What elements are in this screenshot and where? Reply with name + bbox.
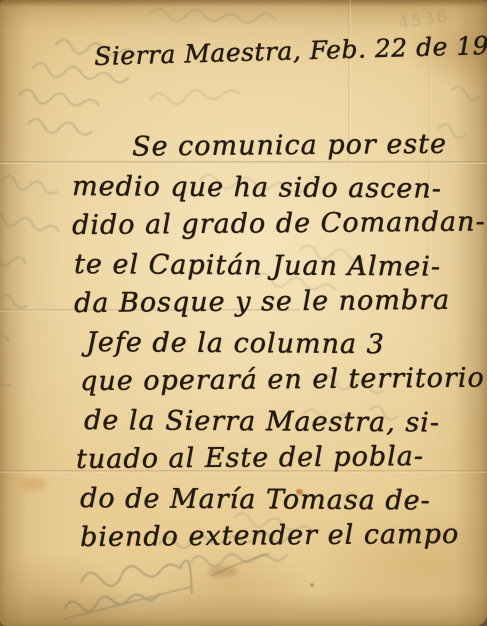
letter-line: tuado al Este del pobla- (76, 437, 475, 479)
smudge-stain (208, 566, 238, 577)
letter-line: biendo extender el campo (80, 515, 475, 557)
dateline: Sierra Maestra, Feb. 22 de 1958 (94, 30, 487, 71)
letter-body: Se comunica por este medio que ha sido a… (70, 128, 475, 557)
letter-line: Se comunica por este (70, 124, 475, 167)
pencil-mark: 4538 (397, 7, 451, 34)
letter-line: da Bosque y se le nombra (74, 281, 475, 323)
letter-scan: 4538 Sierra Maestra, Feb. 22 de 1958 Se … (0, 0, 487, 626)
letter-line: que operará en el territorio (80, 359, 475, 401)
smudge-stain (20, 478, 46, 490)
letter-line: dido al grado de Comandan- (72, 202, 475, 245)
